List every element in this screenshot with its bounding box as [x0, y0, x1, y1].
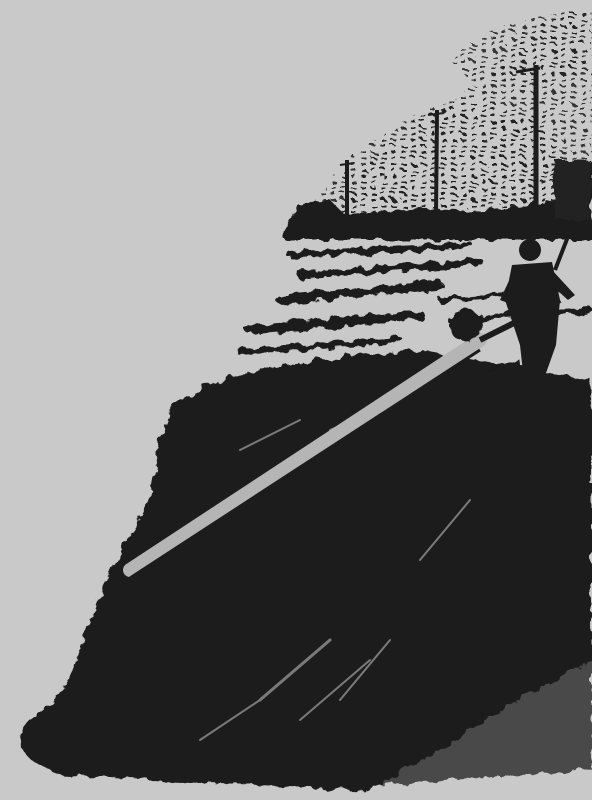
- illustration: [0, 0, 592, 800]
